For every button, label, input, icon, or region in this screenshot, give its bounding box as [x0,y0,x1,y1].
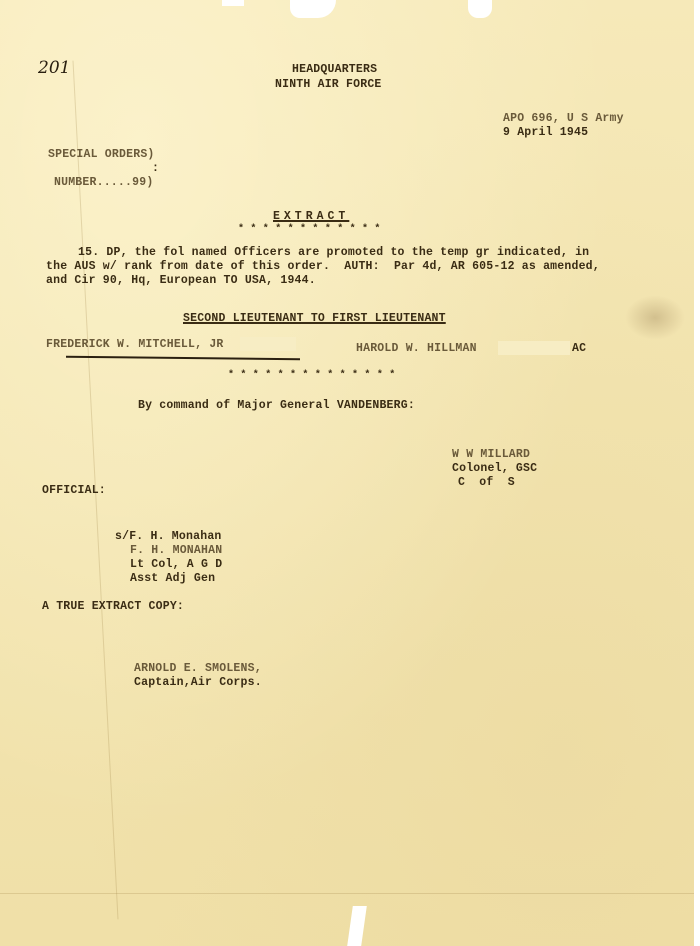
certifier-name: ARNOLD E. SMOLENS, [134,662,262,675]
stars-separator: * * * * * * * * * * * * * * [228,370,395,381]
official-rank: Lt Col, A G D [130,558,222,571]
paper-tear [347,906,367,946]
file-number: 201 [38,58,70,78]
command-line: By command of Major General VANDENBERG: [138,399,415,412]
official-title: Asst Adj Gen [130,572,215,585]
paper-edge [694,0,700,946]
extract-title: EXTRACT [273,210,349,223]
stars-separator: * * * * * * * * * * * * [238,224,381,235]
orders-line2: NUMBER.....99) [54,176,153,189]
date: 9 April 1945 [503,126,588,139]
paragraph-line2: the AUS w/ rank from date of this order.… [46,260,600,273]
underline [66,356,300,360]
orders-line1: SPECIAL ORDERS) [48,148,155,161]
official-signed: s/F. H. Monahan [115,530,222,543]
signatory-title: C of S [458,476,515,489]
paper-crease [0,893,700,894]
signatory-name: W W MILLARD [452,448,530,461]
paper-tear [468,0,492,18]
paragraph-line3: and Cir 90, Hq, European TO USA, 1944. [46,274,316,287]
header-line2: NINTH AIR FORCE [275,78,382,91]
officer-name: FREDERICK W. MITCHELL, JR [46,338,224,351]
official-name: F. H. MONAHAN [130,544,222,557]
paragraph-line1: 15. DP, the fol named Officers are promo… [78,246,589,259]
redacted-field [240,337,296,351]
certifier-rank: Captain,Air Corps. [134,676,262,689]
promotion-heading: SECOND LIEUTENANT TO FIRST LIEUTENANT [183,312,446,325]
document-page: 201 HEADQUARTERS NINTH AIR FORCE APO 696… [0,0,700,946]
true-copy-label: A TRUE EXTRACT COPY: [42,600,184,613]
paper-tear [290,0,336,18]
paper-stain [625,295,685,340]
officer-branch: AC [572,342,586,355]
orders-colon: : [152,162,159,175]
official-label: OFFICIAL: [42,484,106,497]
redacted-field [498,341,570,355]
location: APO 696, U S Army [503,112,624,125]
header-line1: HEADQUARTERS [292,63,377,76]
signatory-rank: Colonel, GSC [452,462,537,475]
paper-tear [222,0,244,6]
officer-name: HAROLD W. HILLMAN [356,342,477,355]
